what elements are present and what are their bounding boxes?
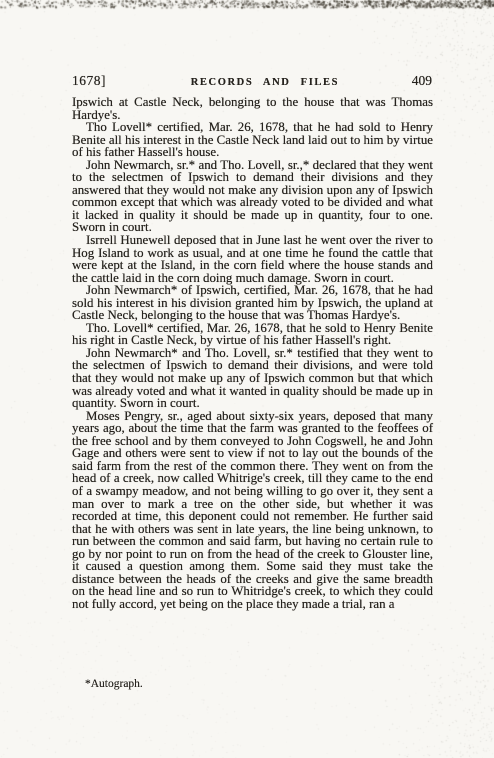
header-running-title: RECORDS AND FILES (191, 77, 339, 88)
paragraph: Isrrell Hunewell deposed that in June la… (72, 234, 433, 284)
header-year: 1678] (72, 73, 106, 89)
paragraph: Tho Lovell* certified, Mar. 26, 1678, th… (72, 121, 433, 159)
header-page-number: 409 (412, 73, 432, 89)
paragraph: John Newmarch, sr.* and Tho. Lovell, sr.… (72, 159, 433, 234)
page-header: 1678] RECORDS AND FILES 409 (72, 73, 432, 89)
paragraph: Ipswich at Castle Neck, belonging to the… (72, 96, 433, 121)
paragraph: John Newmarch* of Ipswich, certified, Ma… (72, 284, 433, 322)
footnote: *Autograph. (85, 678, 143, 690)
paragraph: John Newmarch* and Tho. Lovell, sr.* tes… (72, 347, 433, 410)
document-body: Ipswich at Castle Neck, belonging to the… (72, 96, 433, 610)
paragraph: Moses Pengry, sr., aged about sixty-six … (72, 410, 433, 611)
scanned-book-page: 1678] RECORDS AND FILES 409 Ipswich at C… (0, 0, 494, 758)
paragraph: Tho. Lovell* certified, Mar. 26, 1678, t… (72, 322, 433, 347)
